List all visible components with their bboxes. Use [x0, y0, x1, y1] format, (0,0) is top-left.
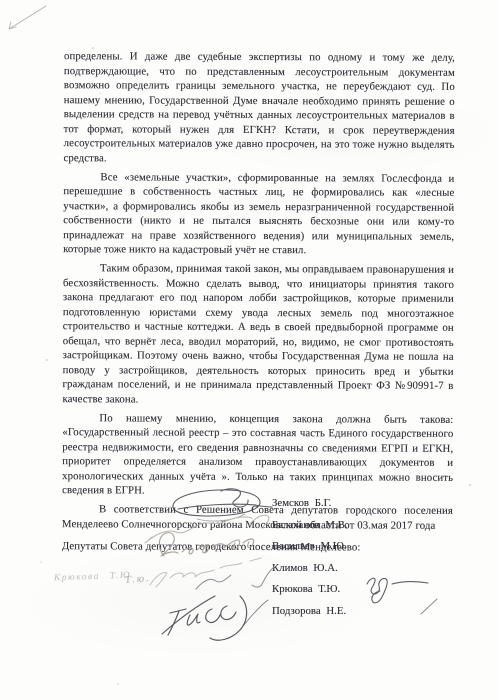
corner-pencil-arrow-icon: [9, 6, 46, 29]
signature-podzorova-ink: [162, 596, 437, 640]
signature-kryukova-marks: [196, 567, 274, 589]
kryukova-ink-initials-scribble: [367, 578, 428, 603]
scan-specks: [40, 47, 471, 685]
signature-vasilev-pencil: [159, 533, 253, 556]
signature-zemskov-ink: [173, 489, 272, 521]
scanned-document-page: определены. И даже две судебные эксперти…: [0, 0, 498, 700]
signature-klimov-pencil: [150, 558, 261, 587]
handwriting-layer: [0, 0, 498, 700]
